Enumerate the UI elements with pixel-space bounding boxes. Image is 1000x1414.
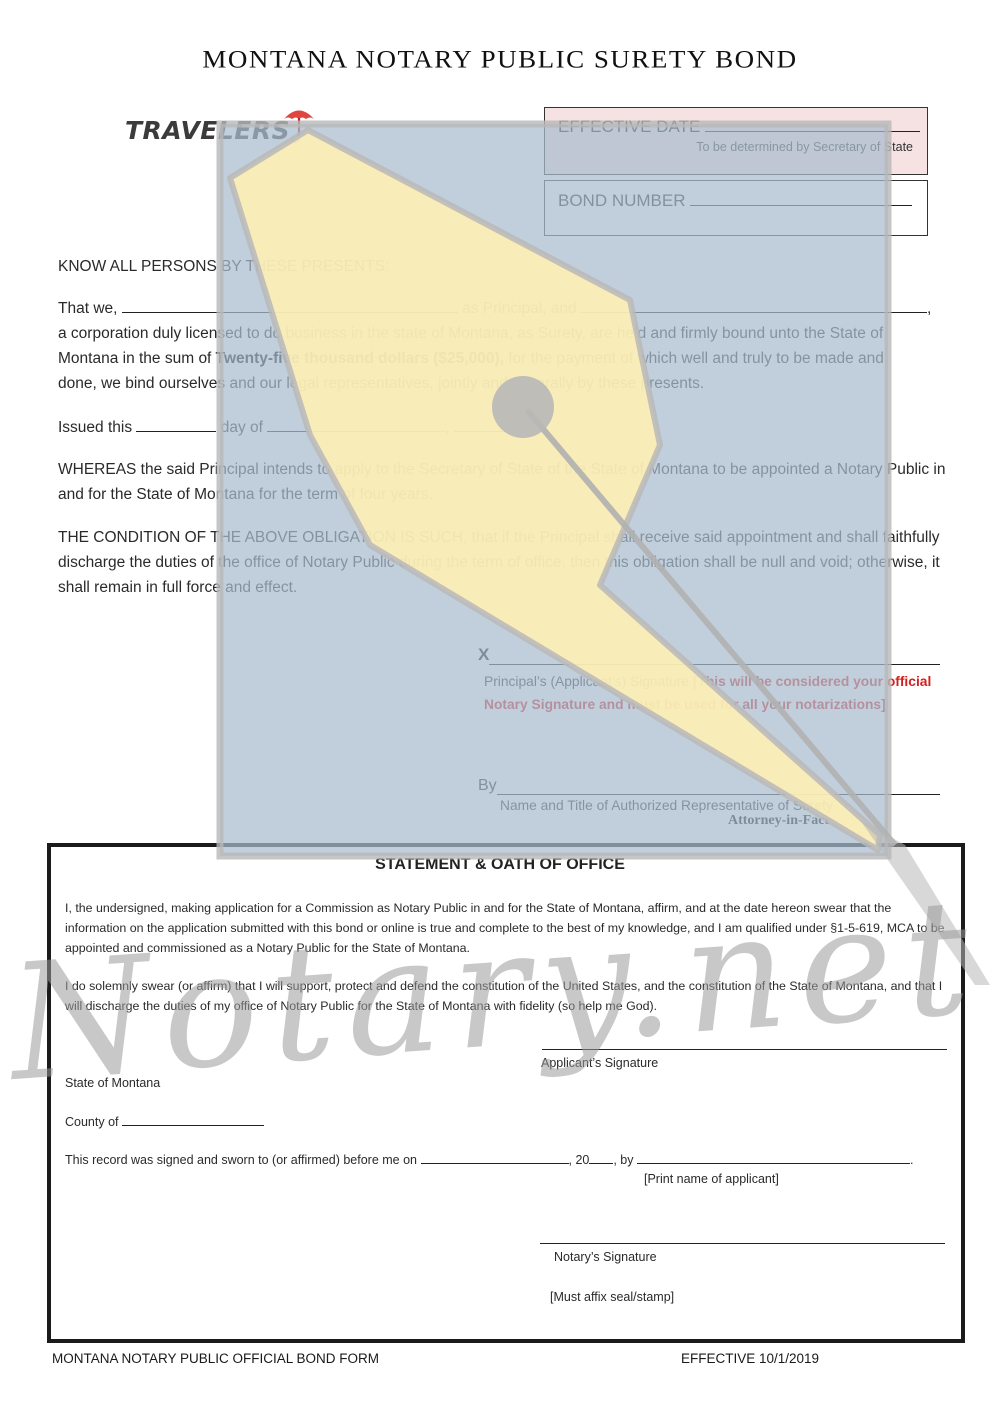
oath-title: STATEMENT & OATH OF OFFICE <box>0 856 1000 874</box>
surety-signature-field[interactable] <box>497 776 940 795</box>
oath-paragraph-1: I, the undersigned, making application f… <box>65 898 950 958</box>
notary-signature-label: Notary’s Signature <box>554 1250 657 1264</box>
applicant-print-name-field[interactable] <box>637 1152 910 1164</box>
principal-clause: That we, as Principal, and , a corporati… <box>58 296 948 396</box>
signature-x-mark: X <box>478 645 489 665</box>
county-field[interactable] <box>122 1114 264 1126</box>
attorney-in-fact-label: Attorney-in-Fact <box>478 813 940 829</box>
notary-signature-field[interactable] <box>540 1243 945 1244</box>
document-page: MONTANA NOTARY PUBLIC SURETY BOND TRAVEL… <box>0 0 1000 1414</box>
seal-stamp-label: [Must affix seal/stamp] <box>550 1290 674 1304</box>
sworn-record-line: This record was signed and sworn to (or … <box>65 1152 913 1167</box>
document-title: MONTANA NOTARY PUBLIC SURETY BOND <box>0 45 1000 74</box>
surety-signature-label: Name and Title of Authorized Representat… <box>478 798 940 813</box>
issued-year-field[interactable] <box>454 417 524 432</box>
effective-date-label: EFFECTIVE DATE <box>558 117 700 136</box>
by-mark: By <box>478 777 497 795</box>
state-label: State of Montana <box>65 1076 160 1090</box>
surety-signature-block: By Name and Title of Authorized Represen… <box>478 776 940 829</box>
condition-clause: THE CONDITION OF THE ABOVE OBLIGATION IS… <box>58 525 948 600</box>
bond-amount: Twenty-five thousand dollars ($25,000), <box>216 350 504 367</box>
effective-date-field[interactable] <box>705 117 920 132</box>
oath-paragraph-2: I do solemnly swear (or affirm) that I w… <box>65 976 950 1016</box>
issued-month-field[interactable] <box>267 417 445 432</box>
bond-number-field[interactable] <box>690 191 912 206</box>
applicant-signature-field[interactable] <box>542 1049 947 1050</box>
footer-form-name: MONTANA NOTARY PUBLIC OFFICIAL BOND FORM <box>52 1351 379 1366</box>
bond-number-box: BOND NUMBER <box>544 180 928 236</box>
issued-day-field[interactable] <box>136 417 216 432</box>
bond-number-label: BOND NUMBER <box>558 191 686 210</box>
intro-heading: KNOW ALL PERSONS BY THESE PRESENTS: <box>58 254 948 279</box>
applicant-signature-label: Applicant’s Signature <box>541 1056 658 1070</box>
effective-date-note: To be determined by Secretary of State <box>696 140 913 154</box>
issued-line: Issued this day of , . <box>58 415 948 440</box>
county-line: County of <box>65 1114 264 1129</box>
umbrella-icon <box>282 104 316 144</box>
principal-signature-label: Principal’s (Applicant’s) Signature <box>484 674 689 689</box>
travelers-logo: TRAVELERS <box>125 104 325 150</box>
footer-effective-date: EFFECTIVE 10/1/2019 <box>681 1351 819 1366</box>
principal-name-field[interactable] <box>122 298 458 313</box>
principal-signature-block: X Principal’s (Applicant’s) Signature [T… <box>478 645 940 716</box>
whereas-clause: WHEREAS the said Principal intends to ap… <box>58 457 948 507</box>
sworn-year-field[interactable] <box>589 1152 613 1164</box>
print-name-label: [Print name of applicant] <box>644 1172 779 1186</box>
logo-text: TRAVELERS <box>125 116 290 145</box>
effective-date-box: EFFECTIVE DATE To be determined by Secre… <box>544 107 928 175</box>
surety-name-field[interactable] <box>581 298 927 313</box>
principal-signature-field[interactable] <box>489 646 940 665</box>
sworn-date-field[interactable] <box>421 1152 569 1164</box>
